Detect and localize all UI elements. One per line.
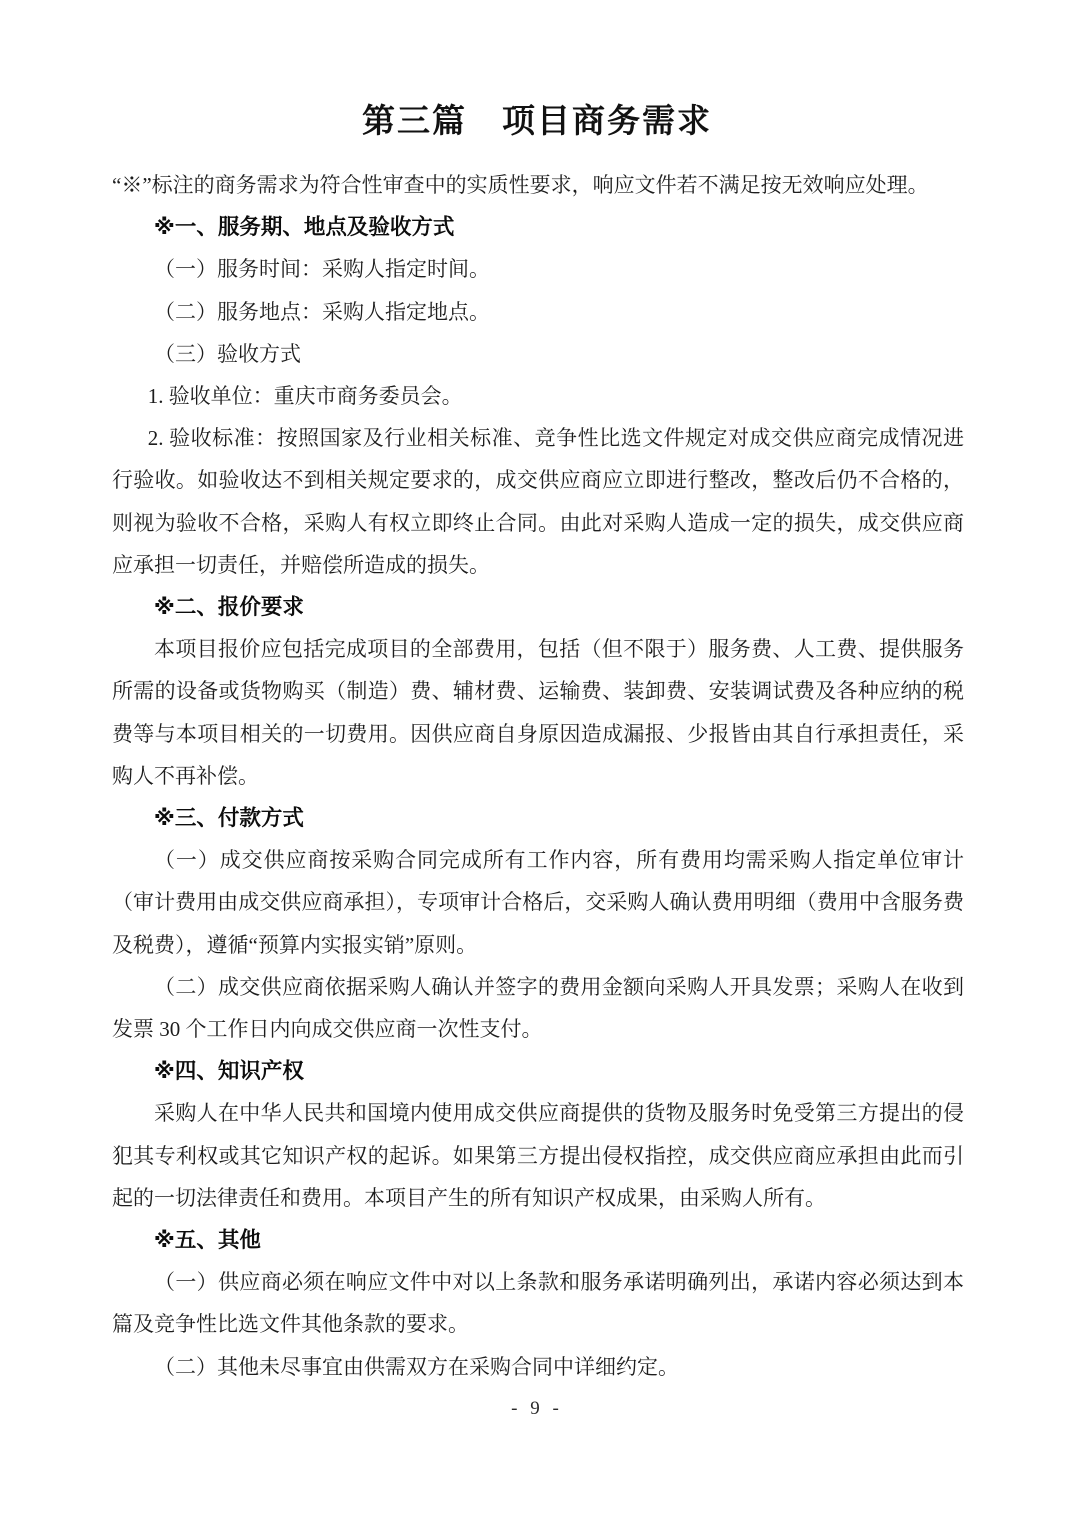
section-heading-2: ※二、报价要求 — [112, 586, 964, 628]
paragraph: （三）验收方式 — [112, 333, 964, 375]
section-heading-1: ※一、服务期、地点及验收方式 — [112, 206, 964, 248]
document-body: “※”标注的商务需求为符合性审查中的实质性要求，响应文件若不满足按无效响应处理。… — [112, 164, 964, 1388]
section-heading-4: ※四、知识产权 — [112, 1050, 964, 1092]
paragraph: 本项目报价应包括完成项目的全部费用，包括（但不限于）服务费、人工费、提供服务所需… — [112, 628, 964, 797]
document-title: 第三篇 项目商务需求 — [0, 0, 1074, 147]
page-footer: - 9 - — [0, 1396, 1074, 1422]
section-heading-5: ※五、其他 — [112, 1219, 964, 1261]
paragraph: （一）供应商必须在响应文件中对以上条款和服务承诺明确列出，承诺内容必须达到本篇及… — [112, 1261, 964, 1345]
paragraph: （二）成交供应商依据采购人确认并签字的费用金额向采购人开具发票；采购人在收到发票… — [112, 966, 964, 1050]
page-number: - 9 - — [511, 1398, 563, 1419]
section-heading-3: ※三、付款方式 — [112, 797, 964, 839]
paragraph: 1. 验收单位：重庆市商务委员会。 — [112, 375, 964, 417]
paragraph: （二）服务地点：采购人指定地点。 — [112, 291, 964, 333]
paragraph: 采购人在中华人民共和国境内使用成交供应商提供的货物及服务时免受第三方提出的侵犯其… — [112, 1092, 964, 1219]
paragraph: （二）其他未尽事宜由供需双方在采购合同中详细约定。 — [112, 1346, 964, 1388]
paragraph: （一）服务时间：采购人指定时间。 — [112, 248, 964, 290]
paragraph: 2. 验收标准：按照国家及行业相关标准、竞争性比选文件规定对成交供应商完成情况进… — [112, 417, 964, 586]
document-page: 第三篇 项目商务需求 “※”标注的商务需求为符合性审查中的实质性要求，响应文件若… — [0, 0, 1074, 1520]
paragraph: （一）成交供应商按采购合同完成所有工作内容，所有费用均需采购人指定单位审计（审计… — [112, 839, 964, 966]
intro-paragraph: “※”标注的商务需求为符合性审查中的实质性要求，响应文件若不满足按无效响应处理。 — [112, 164, 964, 206]
